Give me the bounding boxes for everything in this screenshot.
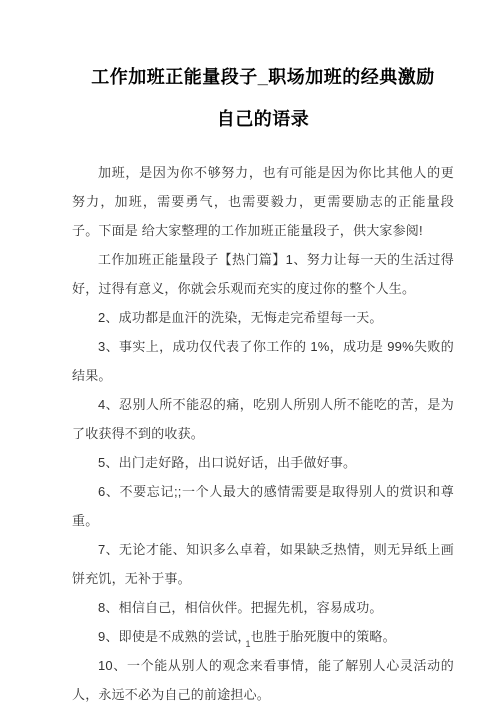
page-number: 1: [0, 638, 496, 650]
paragraph-item-4: 4、忍别人所不能忍的痛，吃别人所别人所不能吃的苦，是为了收获得不到的收获。: [72, 390, 454, 448]
paragraph-intro: 加班，是因为你不够努力，也有可能是因为你比其他人的更努力，加班，需要勇气，也需要…: [72, 158, 454, 245]
paragraph-item-8: 8、相信自己，相信伙伴。把握先机，容易成功。: [72, 593, 454, 622]
paragraph-item-5: 5、出门走好路，出口说好话，出手做好事。: [72, 448, 454, 477]
document-body: 加班，是因为你不够努力，也有可能是因为你比其他人的更努力，加班，需要勇气，也需要…: [72, 158, 454, 702]
paragraph-item-7: 7、无论才能、知识多么卓着，如果缺乏热情，则无异纸上画饼充饥，无补于事。: [72, 535, 454, 593]
paragraph-section-1: 工作加班正能量段子【热门篇】1、努力让每一天的生活过得好，过得有意义，你就会乐观…: [72, 245, 454, 303]
paragraph-item-2: 2、成功都是血汗的洗染，无悔走完希望每一天。: [72, 303, 454, 332]
document-title: 工作加班正能量段子_职场加班的经典激励自己的语录: [87, 56, 439, 140]
document-page: 工作加班正能量段子_职场加班的经典激励自己的语录 加班，是因为你不够努力，也有可…: [0, 0, 496, 702]
paragraph-item-3: 3、事实上，成功仅代表了你工作的 1%，成功是 99%失败的结果。: [72, 332, 454, 390]
paragraph-item-10: 10、一个能从别人的观念来看事情，能了解别人心灵活动的人，永远不必为自己的前途担…: [72, 651, 454, 702]
paragraph-item-6: 6、不要忘记;;一个人最大的感情需要是取得别人的赏识和尊重。: [72, 477, 454, 535]
